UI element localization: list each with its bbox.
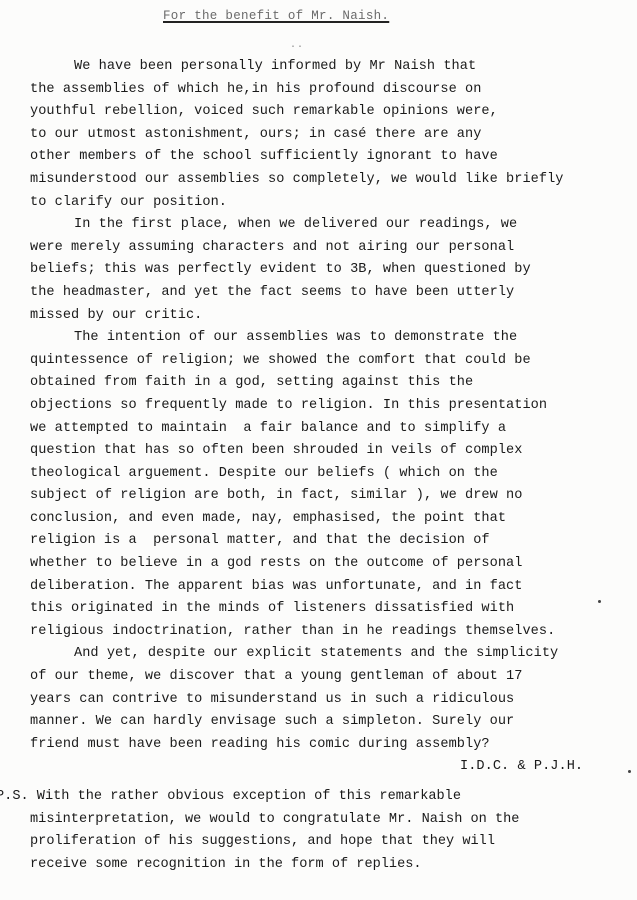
paragraph: And yet, despite our explicit statements… [30, 643, 630, 756]
text-line: other members of the school sufficiently… [30, 146, 630, 169]
text-line: We have been personally informed by Mr N… [30, 56, 630, 79]
stray-marks: .. [290, 40, 304, 51]
text-line: deliberation. The apparent bias was unfo… [30, 576, 630, 599]
text-line: of our theme, we discover that a young g… [30, 666, 630, 689]
text-line: youthful rebellion, voiced such remarkab… [30, 101, 630, 124]
text-line: In the first place, when we delivered ou… [30, 214, 630, 237]
postscript-line: receive some recognition in the form of … [0, 854, 519, 877]
paragraph: We have been personally informed by Mr N… [30, 56, 630, 214]
letter-body: We have been personally informed by Mr N… [30, 56, 630, 779]
text-line: And yet, despite our explicit statements… [30, 643, 630, 666]
text-line: question that has so often been shrouded… [30, 440, 630, 463]
text-line: years can contrive to misunderstand us i… [30, 689, 630, 712]
text-line: religious indoctrination, rather than in… [30, 621, 630, 644]
ink-speck [628, 770, 631, 773]
paragraph: In the first place, when we delivered ou… [30, 214, 630, 327]
text-line: to clarify our position. [30, 192, 630, 215]
text-line: the headmaster, and yet the fact seems t… [30, 282, 630, 305]
typewritten-page: For the benefit of Mr. Naish. .. We have… [0, 0, 637, 900]
text-line: to our utmost astonishment, ours; in cas… [30, 124, 630, 147]
postscript-line: P.S. With the rather obvious exception o… [0, 786, 519, 809]
paragraph: The intention of our assemblies was to d… [30, 327, 630, 643]
text-line: manner. We can hardly envisage such a si… [30, 711, 630, 734]
text-line: conclusion, and even made, nay, emphasis… [30, 508, 630, 531]
text-line: obtained from faith in a god, setting ag… [30, 372, 630, 395]
ink-speck [598, 600, 601, 603]
text-line: missed by our critic. [30, 305, 630, 328]
text-line: the assemblies of which he,in his profou… [30, 79, 630, 102]
postscript-line: misinterpretation, we would to congratul… [0, 809, 519, 832]
text-line: were merely assuming characters and not … [30, 237, 630, 260]
text-line: religion is a personal matter, and that … [30, 530, 630, 553]
postscript: P.S. With the rather obvious exception o… [0, 786, 519, 876]
postscript-line: proliferation of his suggestions, and ho… [0, 831, 519, 854]
text-line: subject of religion are both, in fact, s… [30, 485, 630, 508]
text-line: we attempted to maintain a fair balance … [30, 418, 630, 441]
text-line: theological arguement. Despite our belie… [30, 463, 630, 486]
text-line: objections so frequently made to religio… [30, 395, 630, 418]
document-title: For the benefit of Mr. Naish. [163, 9, 389, 23]
text-line: misunderstood our assemblies so complete… [30, 169, 630, 192]
text-line: whether to believe in a god rests on the… [30, 553, 630, 576]
signature: I.D.C. & P.J.H. [30, 756, 630, 779]
text-line: this originated in the minds of listener… [30, 598, 630, 621]
text-line: friend must have been reading his comic … [30, 734, 630, 757]
text-line: beliefs; this was perfectly evident to 3… [30, 259, 630, 282]
text-line: quintessence of religion; we showed the … [30, 350, 630, 373]
text-line: The intention of our assemblies was to d… [30, 327, 630, 350]
